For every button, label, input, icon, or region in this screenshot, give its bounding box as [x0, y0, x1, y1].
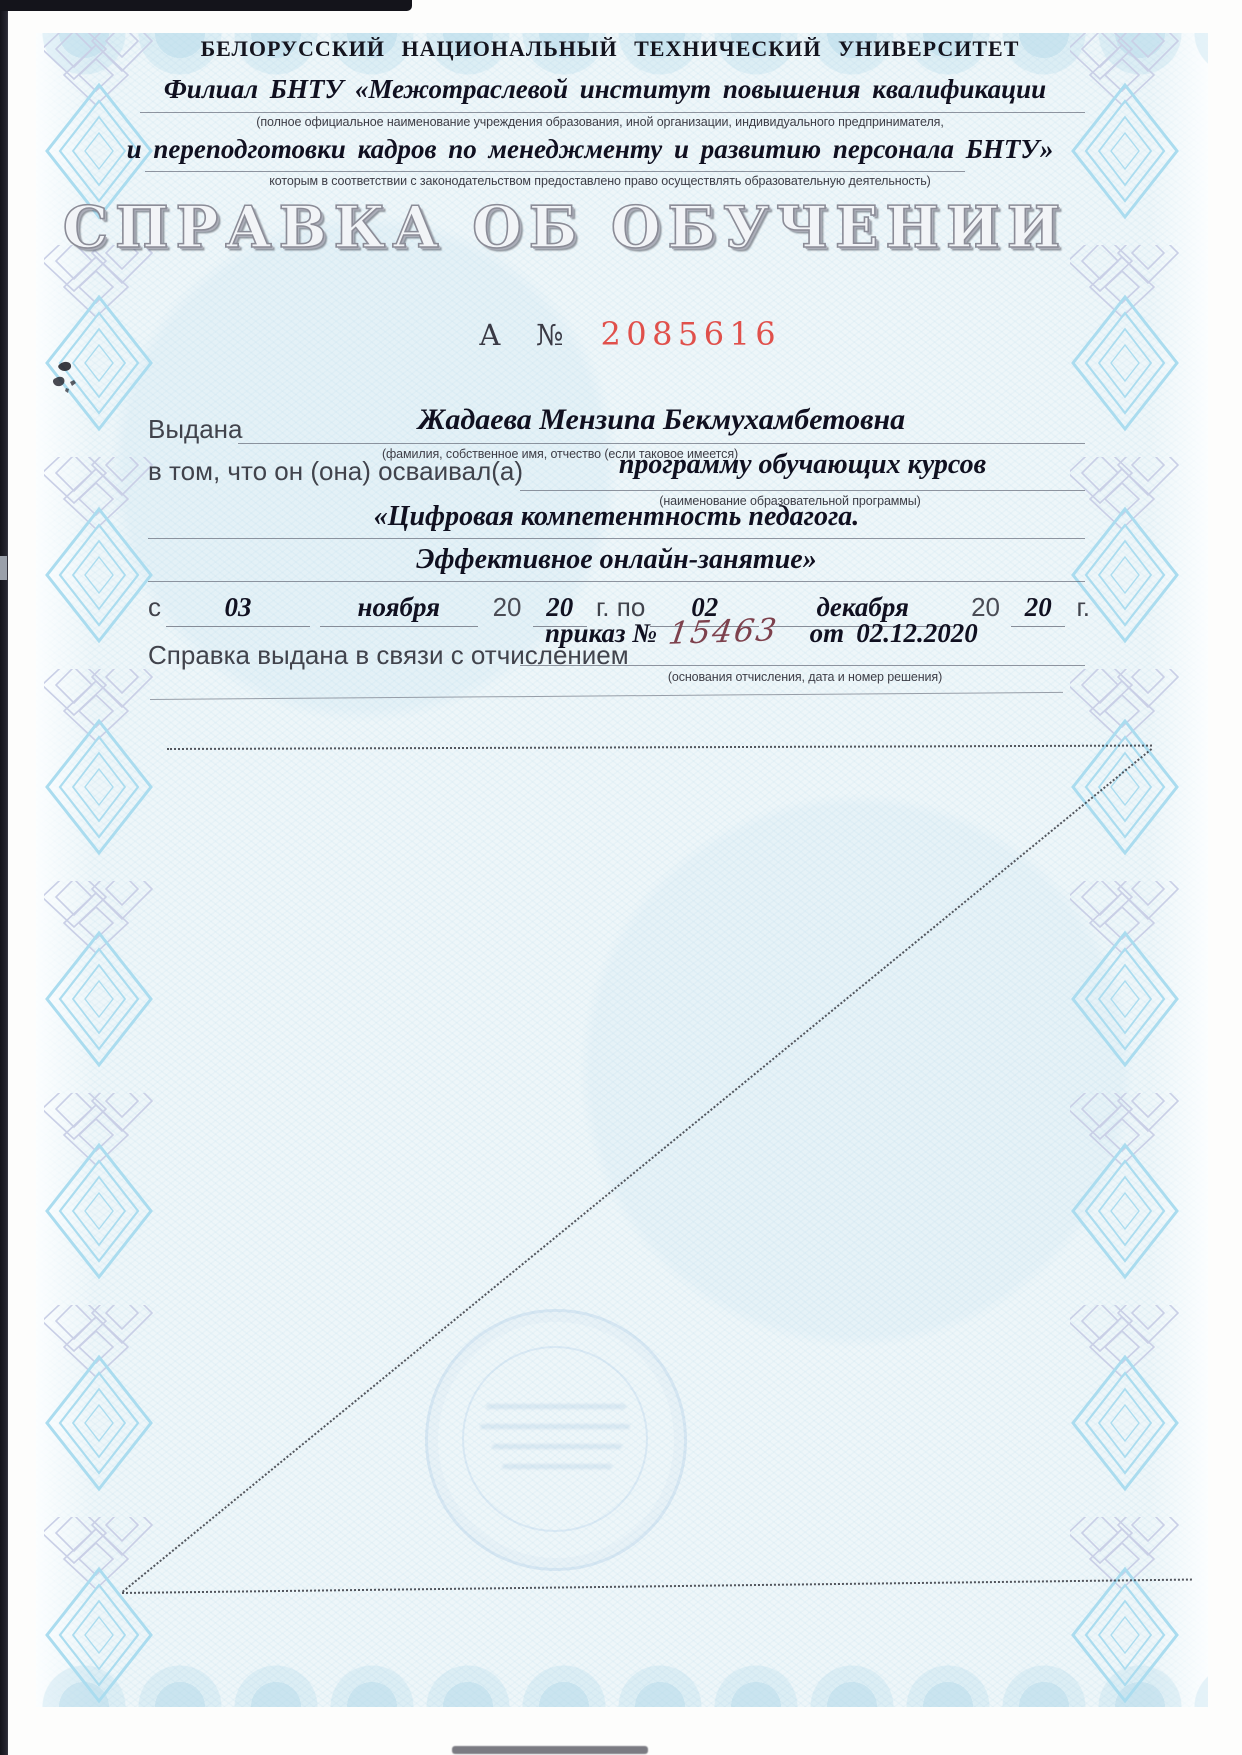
name-rule [238, 443, 1085, 444]
period-from-label: с [148, 592, 161, 623]
program-name-line2: Эффективное онлайн-занятие» [148, 544, 1085, 576]
dismissal-caption: (основания отчисления, дата и номер реше… [555, 670, 1055, 684]
branch-rule-1 [140, 112, 1085, 113]
diamond-border-right [1070, 33, 1180, 1707]
certificate-title: СПРАВКА ОБ ОБУЧЕНИИ [0, 194, 1130, 261]
serial-number: 2085616 [601, 315, 782, 353]
diamond-border-left [44, 33, 154, 1707]
scanner-edge-bottom-smudge [452, 1746, 648, 1754]
order-prefix: приказ № [545, 618, 657, 649]
program-name-rule-1 [148, 538, 1085, 539]
serial-row: А № 2085616 [140, 315, 1120, 353]
dismissal-rule [520, 665, 1085, 666]
recipient-name: Жадаева Мензипа Бекмухамбетовна [238, 403, 1085, 437]
period-from-century: 20 [493, 592, 522, 623]
order-line: приказ № 15463 от 02.12.2020 [545, 614, 1090, 650]
stamp-text-line [486, 1404, 626, 1409]
program-rule [520, 490, 1085, 491]
scanner-edge-left [0, 0, 8, 1755]
ink-blot [50, 358, 84, 398]
branch-caption-2: которым в соответствии с законодательств… [180, 174, 1020, 188]
branch-name-line2: и переподготовки кадров по менеджменту и… [0, 134, 1180, 165]
arch-pattern-bottom [36, 1649, 1208, 1707]
stamp-text-line [502, 1464, 612, 1469]
program-name-rule-2 [148, 581, 1085, 582]
branch-caption-1: (полное официальное наименование учрежде… [160, 115, 1040, 129]
branch-name-line1: Филиал БНТУ «Межотраслевой институт повы… [0, 74, 1210, 105]
stamp-inner-ring [462, 1346, 648, 1532]
university-name: БЕЛОРУССКИЙ НАЦИОНАЛЬНЫЙ ТЕХНИЧЕСКИЙ УНИ… [0, 36, 1220, 62]
branch-rule-2 [145, 171, 965, 172]
order-from-word: от [810, 618, 845, 649]
scanner-edge-tick [0, 556, 7, 580]
period-from-day: 03 [166, 592, 310, 627]
scanner-edge-top [0, 0, 412, 11]
order-number-handwritten: 15463 [666, 612, 780, 652]
program-label: в том, что он (она) осваивал(а) [148, 456, 523, 487]
scan-page: { "header": { "university": "БЕЛОРУССКИЙ… [0, 0, 1242, 1755]
stamp-text-line [480, 1424, 630, 1429]
stamp-text-line [492, 1444, 622, 1449]
issued-label: Выдана [148, 414, 242, 445]
serial-series: А [479, 318, 501, 352]
numero-sign: № [536, 318, 563, 352]
stamp-seal [425, 1309, 687, 1571]
program-type: программу обучающих курсов [520, 449, 1085, 481]
period-from-month: ноября [320, 592, 478, 627]
program-name-line1: «Цифровая компетентность педагога. [148, 501, 1085, 533]
order-date: 02.12.2020 [856, 618, 978, 649]
